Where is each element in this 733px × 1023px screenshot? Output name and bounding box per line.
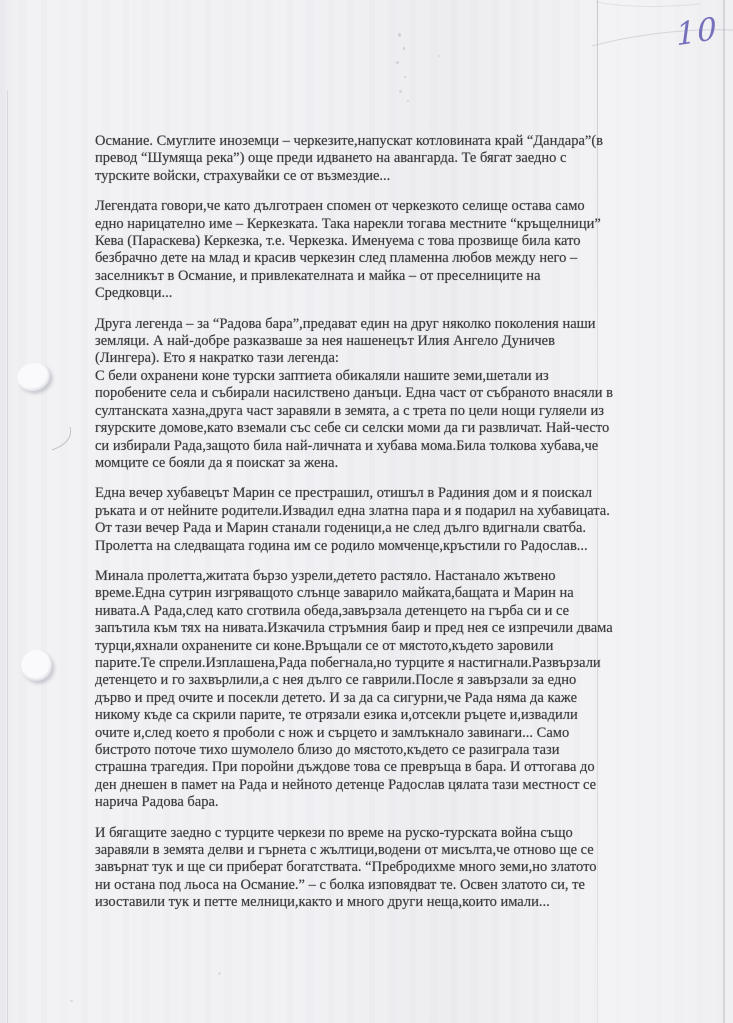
paragraph-legenda-kerkezkata: Легендата говори,че като дълготраен спом…: [95, 198, 670, 302]
punch-hole-top: [14, 359, 53, 394]
punch-hole-bottom: [19, 648, 54, 683]
left-scan-edge-line: [7, 90, 8, 1023]
right-scan-edge-line: [723, 0, 725, 1023]
dirt-speck: [404, 76, 406, 78]
paragraph-osmanie-cherkezi: Османие. Смуглите иноземци – черкезите,н…: [95, 133, 670, 185]
dirt-speck: [399, 90, 402, 93]
dirt-speck: [438, 55, 440, 57]
handwritten-page-number: 10: [675, 11, 719, 54]
top-corner-crease: [0, 0, 733, 70]
dirt-speck: [407, 100, 409, 102]
paragraph-tragediyata: Минала пролетта,житата бързо узрели,дете…: [95, 568, 670, 812]
hair-artifact: [44, 420, 84, 465]
dirt-speck: [398, 33, 401, 37]
dirt-speck: [396, 61, 399, 64]
dirt-speck: [70, 1000, 73, 1002]
dirt-speck: [403, 47, 405, 50]
paragraph-radova-bara-legenda: Друга легенда – за “Радова бара”,предава…: [95, 316, 670, 473]
paragraph-marin-i-rada: Една вечер хубавецът Марин се престрашил…: [95, 485, 670, 555]
scanned-document-page: 10 Османие. Смуглите иноземци – черкезит…: [0, 0, 733, 1023]
document-text: Османие. Смуглите иноземци – черкезите,н…: [95, 133, 670, 925]
dirt-speck: [218, 972, 221, 975]
paragraph-zakopanoto-zlato: И бягащите заедно с турците черкези по в…: [95, 825, 670, 912]
